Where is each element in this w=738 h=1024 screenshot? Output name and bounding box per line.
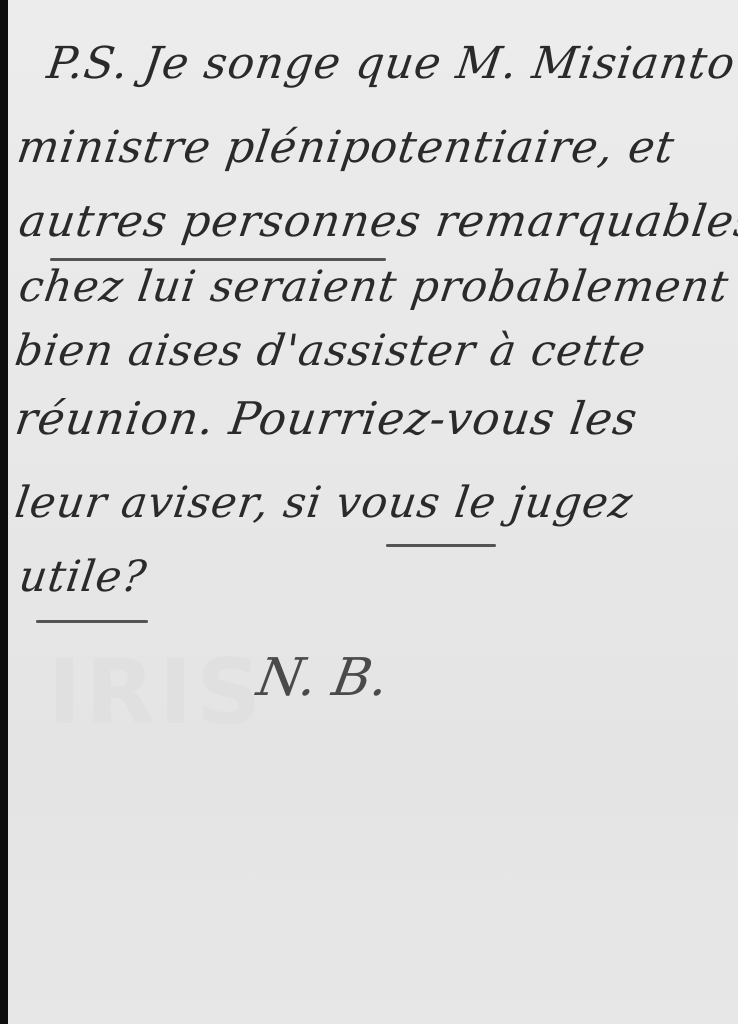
letter-line-7: leur aviser, si vous le jugez [12,478,636,528]
letter-line-6: réunion. Pourriez-vous les [12,392,641,445]
signature-initials: N. B. [253,648,394,708]
underline-autres-personnes [50,258,386,261]
letter-line-8: utile? [16,552,150,602]
scan-dark-edge [0,0,8,1024]
underline-vous [386,544,496,547]
paper-sheet: IRIS P.S. Je songe que M. Misianto minis… [8,0,738,1024]
letter-line-4: chez lui seraient probablement [16,262,732,312]
scanned-letter: IRIS P.S. Je songe que M. Misianto minis… [0,0,738,1024]
show-through-print: IRIS [48,640,265,745]
letter-line-2: ministre plénipotentiaire, et [14,122,678,173]
underline-utile [36,620,148,623]
letter-line-3: autres personnes remarquables [16,196,738,247]
letter-line-1: P.S. Je songe que M. Misianto [44,38,738,89]
letter-line-5: bien aises d'assister à cette [12,326,649,376]
